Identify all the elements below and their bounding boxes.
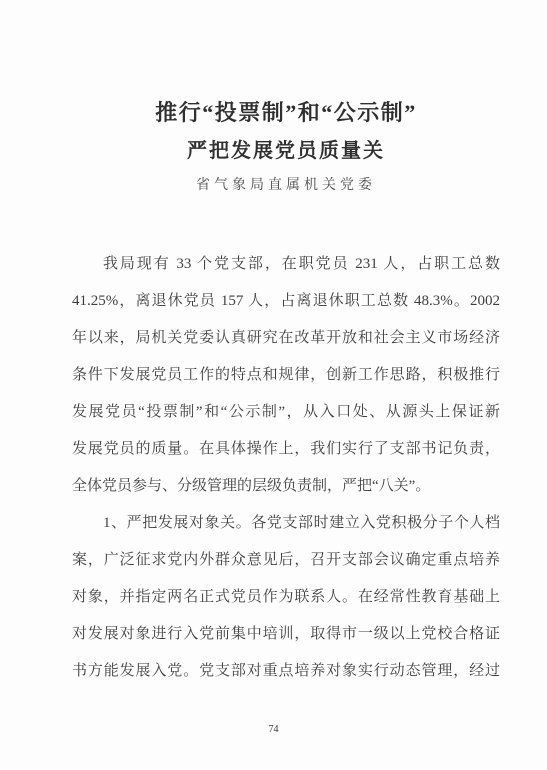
body-line: 发展党员“投票制”和“公示制”，从入口处、从源头上保证新	[72, 394, 500, 431]
subtitle-author: 省气象局直属机关党委	[72, 177, 500, 195]
document-page: 推行“投票制”和“公示制” 严把发展党员质量关 省气象局直属机关党委 我局现有 …	[0, 0, 547, 770]
body-line: 条件下发展党员工作的特点和规律，创新工作思路，积极推行	[72, 357, 500, 394]
page-number: 74	[0, 723, 547, 737]
title-line-1: 推行“投票制”和“公示制”	[72, 100, 500, 126]
body-line: 我局现有 33 个党支部，在职党员 231 人，占职工总数	[72, 246, 500, 283]
body-line: 全体党员参与、分级管理的层级负责制，严把“八关”。	[72, 468, 500, 505]
body-line: 书方能发展入党。党支部对重点培养对象实行动态管理，经过	[72, 653, 500, 690]
body-text: 我局现有 33 个党支部，在职党员 231 人，占职工总数41.25%，离退休党…	[72, 246, 500, 690]
body-line: 对发展对象进行入党前集中培训，取得市一级以上党校合格证	[72, 616, 500, 653]
body-line: 1、严把发展对象关。各党支部时建立入党积极分子个人档	[72, 505, 500, 542]
body-line: 对象，并指定两名正式党员作为联系人。在经常性教育基础上	[72, 579, 500, 616]
page-content: 推行“投票制”和“公示制” 严把发展党员质量关 省气象局直属机关党委 我局现有 …	[72, 100, 500, 690]
body-line: 发展党员的质量。在具体操作上，我们实行了支部书记负责，	[72, 431, 500, 468]
body-line: 41.25%，离退休党员 157 人，占离退休职工总数 48.3%。2002	[72, 283, 500, 320]
body-line: 年以来，局机关党委认真研究在改革开放和社会主义市场经济	[72, 320, 500, 357]
title-line-2: 严把发展党员质量关	[72, 138, 500, 164]
body-line: 案，广泛征求党内外群众意见后，召开支部会议确定重点培养	[72, 542, 500, 579]
